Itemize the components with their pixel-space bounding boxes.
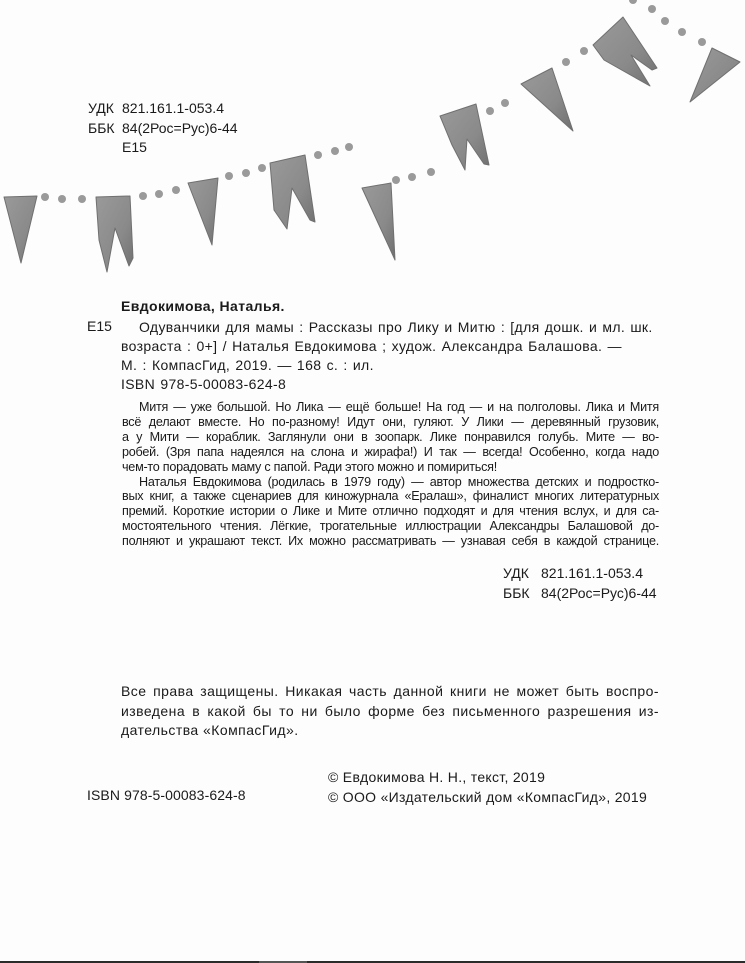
author-heading: Евдокимова, Наталья. xyxy=(121,298,285,314)
flag-triangle-icon xyxy=(362,183,395,260)
udk-label: УДК xyxy=(88,99,122,119)
udk-value: 821.161.1-053.4 xyxy=(541,565,643,581)
annotation-line: всё делают вместе. Но по-разному! Идут о… xyxy=(122,415,659,430)
flag-triangle-icon xyxy=(188,178,218,245)
flag-triangle-icon xyxy=(521,68,573,131)
isbn: ISBN 978-5-00083-624-8 xyxy=(87,787,246,803)
annotation-line: премий. Короткие истории о Лике и Мите о… xyxy=(122,504,659,519)
annotation-line: чем-то порадовать маму с папой. Ради это… xyxy=(122,460,659,475)
flag-swallowtail-icon xyxy=(270,155,315,229)
author-mark-side: Е15 xyxy=(87,318,112,334)
bbk-label: ББК xyxy=(503,584,541,604)
bbk-label: ББК xyxy=(88,119,122,139)
annotation: Митя — уже большой. Но Лика — ещё больше… xyxy=(122,400,659,549)
bbk-value: 84(2Рос=Рус)6-44 xyxy=(541,585,657,601)
copyright-line: © Евдокимова Н. Н., текст, 2019 xyxy=(328,768,647,788)
rights-notice: Все права защищены. Никакая часть данной… xyxy=(121,682,659,741)
record-line: возраста : 0+] / Наталья Евдокимова ; ху… xyxy=(121,337,661,356)
rights-line: Все права защищены. Никакая часть данной… xyxy=(121,682,659,702)
annotation-line: мостоятельного чтения. Лёгкие, трогатель… xyxy=(122,519,659,534)
flag-triangle-icon xyxy=(4,196,37,263)
flag-swallowtail-icon xyxy=(96,196,133,272)
rights-line: дательства «КомпасГид». xyxy=(121,721,659,741)
classification-block-top: УДК821.161.1-053.4 ББК84(2Рос=Рус)6-44 Е… xyxy=(88,99,238,158)
copyright-line: © ООО «Издательский дом «КомпасГид», 201… xyxy=(328,788,647,808)
catalog-record: Одуванчики для мамы : Рассказы про Лику … xyxy=(121,318,661,394)
flag-swallowtail-icon xyxy=(440,104,489,170)
bbk-value: 84(2Рос=Рус)6-44 xyxy=(122,120,238,136)
record-line: М. : КомпасГид, 2019. — 168 с. : ил. xyxy=(121,356,661,375)
annotation-line: полняют и украшают текст. Их можно рассм… xyxy=(122,534,659,549)
annotation-line: а у Мити — кораблик. Заглянули они в зоо… xyxy=(122,430,659,445)
author-mark: Е15 xyxy=(88,138,238,158)
annotation-line: Наталья Евдокимова (родилась в 1979 году… xyxy=(122,475,659,490)
flag-swallowtail-icon xyxy=(593,17,657,86)
annotation-line: Митя — уже большой. Но Лика — ещё больше… xyxy=(122,400,659,415)
record-isbn: ISBN 978-5-00083-624-8 xyxy=(121,375,661,394)
record-line: Одуванчики для мамы : Рассказы про Лику … xyxy=(121,318,661,337)
rights-line: изведена в какой бы то ни было форме без… xyxy=(121,702,659,722)
classification-block-right: УДК821.161.1-053.4 ББК84(2Рос=Рус)6-44 xyxy=(503,564,657,603)
annotation-line: вых книг, а также сценариев для киножурн… xyxy=(122,489,659,504)
udk-value: 821.161.1-053.4 xyxy=(122,100,224,116)
udk-label: УДК xyxy=(503,564,541,584)
annotation-line: робей. (Зря папа надеялся на слона и жир… xyxy=(122,445,659,460)
flag-triangle-icon xyxy=(690,48,740,102)
copyright-block: © Евдокимова Н. Н., текст, 2019 © ООО «И… xyxy=(328,768,647,807)
